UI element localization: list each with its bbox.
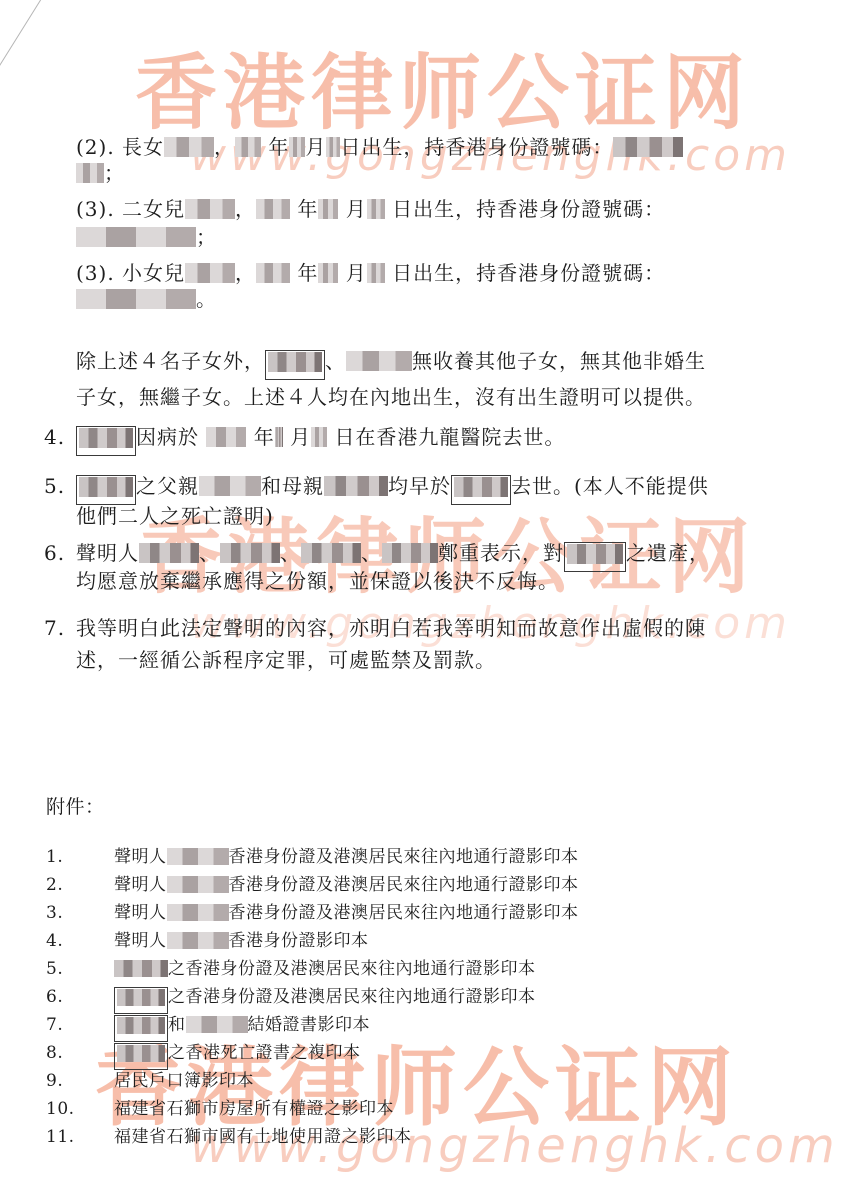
child-relation: 二女兒 xyxy=(122,197,185,221)
attachment-desc: 香港身份證影印本 xyxy=(229,931,369,951)
document-page: 香港律师公证网 www.gongzhenghk.com 香港律师公证网 www.… xyxy=(0,0,850,1188)
redacted-name xyxy=(117,1017,165,1034)
attachment-number: 1. xyxy=(46,846,63,868)
attachment-number: 4. xyxy=(46,930,63,952)
redacted-declarant-name xyxy=(220,543,280,563)
redacted-name xyxy=(185,263,235,283)
item-4: 4.因病於 年 月 日在香港九龍醫院去世。 xyxy=(44,424,565,456)
boxed-redacted-name xyxy=(76,426,136,456)
item-number: 5. xyxy=(44,473,76,499)
attachment-number: 10. xyxy=(46,1098,75,1120)
redacted-month xyxy=(275,427,283,447)
child-index: (2). xyxy=(76,135,115,159)
attachment-prefix: 聲明人 xyxy=(114,847,167,867)
children-paragraph-line2: 子女，無繼子女。上述４人均在內地出生，沒有出生證明可以提供。 xyxy=(76,384,706,410)
redacted-name xyxy=(79,477,133,497)
attachment-text: 聲明人香港身份證影印本 xyxy=(114,930,369,952)
item-text: 之父親 xyxy=(136,474,199,498)
item-7-cont: 述，一經循公訴程序定罪，可處監禁及罰款。 xyxy=(76,647,496,673)
redacted-id-number xyxy=(76,289,196,309)
redacted-name xyxy=(167,848,229,865)
attachment-number: 2. xyxy=(46,874,63,896)
comma: ， xyxy=(235,197,256,221)
separator: 、 xyxy=(361,541,382,565)
line-end: ； xyxy=(196,225,217,249)
birth-id-text: 日出生，持香港身份證號碼： xyxy=(392,261,665,285)
item-text: 均早於 xyxy=(388,474,451,498)
attachment-text: 之香港身份證及港澳居民來往內地通行證影印本 xyxy=(114,958,536,980)
boxed-redacted-name xyxy=(114,987,168,1014)
attachment-text: 聲明人香港身份證及港澳居民來往內地通行證影印本 xyxy=(114,874,579,896)
children-paragraph-line1: 除上述４名子女外，、無收養其他子女，無其他非婚生 xyxy=(76,348,706,380)
attachment-text: 聲明人香港身份證及港澳居民來往內地通行證影印本 xyxy=(114,846,579,868)
attachment-desc: 之香港死亡證書之複印本 xyxy=(168,1043,361,1063)
redacted-day xyxy=(367,199,385,219)
attachment-text: 福建省石獅市國有土地使用證之影印本 xyxy=(114,1126,412,1148)
attachment-prefix: 聲明人 xyxy=(114,931,167,951)
attachment-prefix: 聲明人 xyxy=(114,875,167,895)
redacted-year xyxy=(206,427,246,447)
boxed-redacted-name xyxy=(451,475,511,505)
redacted-name xyxy=(268,352,322,372)
item-text: 聲明人 xyxy=(76,541,139,565)
child-line-3a-cont: ； xyxy=(76,224,217,250)
attachment-number: 8. xyxy=(46,1042,63,1064)
attachment-desc: 之香港身份證及港澳居民來往內地通行證影印本 xyxy=(168,959,536,979)
redacted-mother-name xyxy=(324,476,388,496)
attachment-desc: 之香港身份證及港澳居民來往內地通行證影印本 xyxy=(168,987,536,1007)
child-line-3b: (3). 小女兒， 年 月 日出生，持香港身份證號碼： xyxy=(76,260,665,286)
item-text: 去世。(本人不能提供 xyxy=(511,474,709,498)
birth-id-text: 日出生，持香港身份證號碼： xyxy=(340,135,613,159)
separator: 、 xyxy=(199,541,220,565)
attachment-desc: 香港身份證及港澳居民來往內地通行證影印本 xyxy=(229,847,579,867)
item-5-cont: 他們二人之死亡證明) xyxy=(76,503,274,529)
attachment-number: 9. xyxy=(46,1070,63,1092)
redacted-day xyxy=(326,137,340,157)
attachment-text: 之香港身份證及港澳居民來往內地通行證影印本 xyxy=(114,986,536,1014)
redacted-name xyxy=(185,199,235,219)
separator: 、 xyxy=(280,541,301,565)
redacted-name xyxy=(167,932,229,949)
child-index: (3). xyxy=(76,197,115,221)
line-end: 。 xyxy=(196,287,217,311)
attachment-text: 聲明人香港身份證及港澳居民來往內地通行證影印本 xyxy=(114,902,579,924)
redacted-name xyxy=(167,876,229,893)
redacted-spouse-name xyxy=(186,1016,248,1033)
birth-id-text: 日出生，持香港身份證號碼： xyxy=(392,197,665,221)
item-text: 我等明白此法定聲明的內容，亦明白若我等明知而故意作出虛假的陳 xyxy=(76,616,706,640)
child-line-2: (2). 長女， 年月日出生，持香港身份證號碼： xyxy=(76,134,683,160)
item-text: 日在香港九龍醫院去世。 xyxy=(334,425,565,449)
redacted-name xyxy=(114,960,168,977)
boxed-redacted-name xyxy=(265,350,325,380)
year-label: 年 xyxy=(268,135,289,159)
boxed-redacted-name xyxy=(76,475,136,505)
attachment-number: 7. xyxy=(46,1014,63,1036)
redacted-id-number xyxy=(613,137,683,157)
item-5: 5.之父親和母親均早於去世。(本人不能提供 xyxy=(44,473,709,505)
paragraph-text: 無收養其他子女，無其他非婚生 xyxy=(412,349,706,373)
redacted-year xyxy=(235,137,261,157)
year-label: 年 xyxy=(297,197,318,221)
item-text: 和母親 xyxy=(261,474,324,498)
attachment-number: 3. xyxy=(46,902,63,924)
attachment-number: 11. xyxy=(46,1126,75,1148)
child-line-3b-cont: 。 xyxy=(76,286,217,312)
item-6-cont: 均愿意放棄繼承應得之份額，並保證以後決不反悔。 xyxy=(76,568,559,594)
redacted-month xyxy=(318,263,338,283)
boxed-redacted-name xyxy=(114,1043,168,1070)
redacted-name xyxy=(567,544,623,564)
attachment-text: 福建省石獅市房屋所有權證之影印本 xyxy=(114,1098,394,1120)
child-relation: 小女兒 xyxy=(122,261,185,285)
year-label: 年 xyxy=(254,425,275,449)
child-line-2-cont: ； xyxy=(76,160,125,186)
item-number: 7. xyxy=(44,615,76,641)
attachment-number: 6. xyxy=(46,986,63,1008)
attachment-text: 居民戶口簿影印本 xyxy=(114,1070,254,1092)
redacted-id-number xyxy=(76,163,104,183)
child-index: (3). xyxy=(76,261,115,285)
redacted-id-number xyxy=(76,227,196,247)
redacted-year xyxy=(256,263,290,283)
month-label: 月 xyxy=(346,261,367,285)
attachments-heading: 附件： xyxy=(46,796,105,818)
child-relation: 長女 xyxy=(122,135,164,159)
redacted-name xyxy=(117,989,165,1006)
attachment-text: 之香港死亡證書之複印本 xyxy=(114,1042,361,1070)
child-line-3a: (3). 二女兒， 年 月 日出生，持香港身份證號碼： xyxy=(76,196,665,222)
item-text: 鄭重表示，對 xyxy=(438,541,564,565)
attachment-desc: 香港身份證及港澳居民來往內地通行證影印本 xyxy=(229,875,579,895)
year-label: 年 xyxy=(297,261,318,285)
redacted-day xyxy=(367,263,385,283)
comma: ， xyxy=(235,261,256,285)
separator: 、 xyxy=(325,349,346,373)
month-label: 月 xyxy=(290,425,311,449)
comma: ， xyxy=(214,135,235,159)
paragraph-text: 除上述４名子女外， xyxy=(76,349,265,373)
redacted-father-name xyxy=(199,476,261,496)
boxed-redacted-name xyxy=(114,1015,168,1042)
redacted-year xyxy=(256,199,290,219)
redacted-month xyxy=(318,199,338,219)
redacted-declarant-name xyxy=(139,543,199,563)
item-number: 4. xyxy=(44,424,76,450)
redacted-declarant-name xyxy=(382,543,438,563)
attachment-desc: 香港身份證及港澳居民來往內地通行證影印本 xyxy=(229,903,579,923)
document-text: (2). 長女， 年月日出生，持香港身份證號碼： ； (3). 二女兒， 年 月… xyxy=(0,0,850,1188)
attachment-text: 和結婚證書影印本 xyxy=(114,1014,370,1042)
item-text: 因病於 xyxy=(136,425,199,449)
attachment-desc: 結婚證書影印本 xyxy=(248,1015,371,1035)
item-7: 7.我等明白此法定聲明的內容，亦明白若我等明知而故意作出虛假的陳 xyxy=(44,615,706,641)
redacted-name xyxy=(79,428,133,448)
redacted-month xyxy=(289,137,305,157)
boxed-redacted-name xyxy=(564,542,626,572)
attachment-number: 5. xyxy=(46,958,63,980)
redacted-name xyxy=(164,137,214,157)
redacted-name xyxy=(454,477,508,497)
attachment-prefix: 聲明人 xyxy=(114,903,167,923)
month-label: 月 xyxy=(305,135,326,159)
line-end: ； xyxy=(104,161,125,185)
month-label: 月 xyxy=(346,197,367,221)
redacted-name xyxy=(117,1045,165,1062)
redacted-declarant-name xyxy=(301,543,361,563)
item-text: 之遺產， xyxy=(626,541,710,565)
redacted-name xyxy=(167,904,229,921)
redacted-day xyxy=(311,427,327,447)
item-number: 6. xyxy=(44,540,76,566)
attachment-conjunction: 和 xyxy=(168,1015,186,1035)
redacted-name xyxy=(346,351,412,371)
